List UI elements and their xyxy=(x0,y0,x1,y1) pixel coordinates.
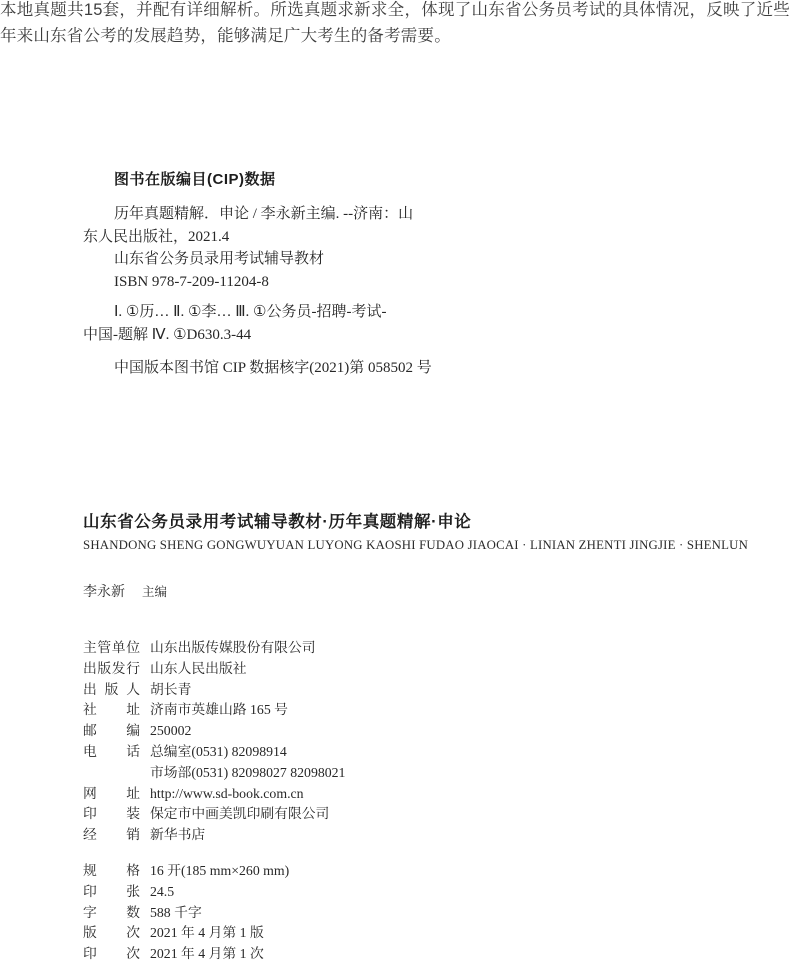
info-label: 版次 xyxy=(83,923,140,944)
info-row: 字数 588 千字 xyxy=(83,903,345,924)
info-value: 24.5 xyxy=(150,882,174,903)
info-row: 印装 保定市中画美凯印刷有限公司 xyxy=(83,804,345,825)
info-row: 规格 16 开(185 mm×260 mm) xyxy=(83,861,345,882)
info-row: 出版发行 山东人民出版社 xyxy=(83,659,345,680)
cip-heading: 图书在版编目(CIP)数据 xyxy=(114,168,465,189)
info-label: 印装 xyxy=(83,804,140,825)
info-label: 经销 xyxy=(83,825,140,846)
info-row: 市场部(0531) 82098027 82098021 xyxy=(83,763,345,784)
info-label: 社址 xyxy=(83,700,140,721)
info-label xyxy=(83,763,140,784)
cip-isbn-line: ISBN 978-7-209-11204-8 xyxy=(83,271,465,294)
cip-series-line: 山东省公务员录用考试辅导教材 xyxy=(83,248,465,271)
info-row: 版次 2021 年 4 月第 1 版 xyxy=(83,923,345,944)
info-row: 电话 总编室(0531) 82098914 xyxy=(83,742,345,763)
info-value: 保定市中画美凯印刷有限公司 xyxy=(150,804,329,825)
cip-record-line: 中国版本图书馆 CIP 数据核字(2021)第 058502 号 xyxy=(83,357,465,380)
cip-class-line2: 中国-题解 Ⅳ. ①D630.3-44 xyxy=(83,324,465,347)
info-label: 印张 xyxy=(83,882,140,903)
info-value: 济南市英雄山路 165 号 xyxy=(150,700,288,721)
info-label: 网址 xyxy=(83,784,140,805)
book-title: 山东省公务员录用考试辅导教材·历年真题精解·申论 xyxy=(83,508,471,532)
cip-class-line1: Ⅰ. ①历… Ⅱ. ①李… Ⅲ. ①公务员-招聘-考试- xyxy=(83,301,465,324)
info-label: 字数 xyxy=(83,903,140,924)
info-row: 主管单位 山东出版传媒股份有限公司 xyxy=(83,638,345,659)
cip-data-block: 图书在版编目(CIP)数据 历年真题精解．申论 / 李永新主编. --济南：山 … xyxy=(83,168,465,379)
author-role: 主编 xyxy=(142,585,167,599)
intro-paragraph: 本地真题共15套，并配有详细解析。所选真题求新求全，体现了山东省公务员考试的具体… xyxy=(0,0,790,49)
info-value: 市场部(0531) 82098027 82098021 xyxy=(150,763,345,784)
info-label: 主管单位 xyxy=(83,638,140,659)
info-value: 2021 年 4 月第 1 次 xyxy=(150,944,264,960)
info-label: 邮编 xyxy=(83,721,140,742)
info-value: 588 千字 xyxy=(150,903,202,924)
info-value: 胡长青 xyxy=(150,680,191,701)
info-label: 出版发行 xyxy=(83,659,140,680)
info-row: 邮编 250002 xyxy=(83,721,345,742)
cip-entry-line1: 历年真题精解．申论 / 李永新主编. --济南：山 xyxy=(83,203,465,226)
copyright-page: 本地真题共15套，并配有详细解析。所选真题求新求全，体现了山东省公务员考试的具体… xyxy=(0,0,790,960)
section-gap xyxy=(83,846,345,861)
info-label: 出版人 xyxy=(83,680,140,701)
info-value: http://www.sd-book.com.cn xyxy=(150,784,304,805)
author-name: 李永新 xyxy=(83,585,125,600)
info-value: 山东出版传媒股份有限公司 xyxy=(150,638,316,659)
info-value: 2021 年 4 月第 1 版 xyxy=(150,923,264,944)
info-label: 规格 xyxy=(83,861,140,882)
info-value: 新华书店 xyxy=(150,825,205,846)
info-row: 印张 24.5 xyxy=(83,882,345,903)
info-row: 经销 新华书店 xyxy=(83,825,345,846)
info-label: 印次 xyxy=(83,944,140,960)
author-line: 李永新主编 xyxy=(83,581,167,601)
info-value: 250002 xyxy=(150,721,191,742)
info-label: 电话 xyxy=(83,742,140,763)
info-row: 出版人 胡长青 xyxy=(83,680,345,701)
publication-info-table: 主管单位 山东出版传媒股份有限公司 出版发行 山东人民出版社 出版人 胡长青 社… xyxy=(83,638,345,960)
info-value: 16 开(185 mm×260 mm) xyxy=(150,861,289,882)
book-title-pinyin: SHANDONG SHENG GONGWUYUAN LUYONG KAOSHI … xyxy=(83,538,748,553)
cip-entry-line2: 东人民出版社，2021.4 xyxy=(83,226,465,249)
info-row: 社址 济南市英雄山路 165 号 xyxy=(83,700,345,721)
info-row: 网址 http://www.sd-book.com.cn xyxy=(83,784,345,805)
info-row: 印次 2021 年 4 月第 1 次 xyxy=(83,944,345,960)
info-value: 山东人民出版社 xyxy=(150,659,247,680)
info-value: 总编室(0531) 82098914 xyxy=(150,742,287,763)
